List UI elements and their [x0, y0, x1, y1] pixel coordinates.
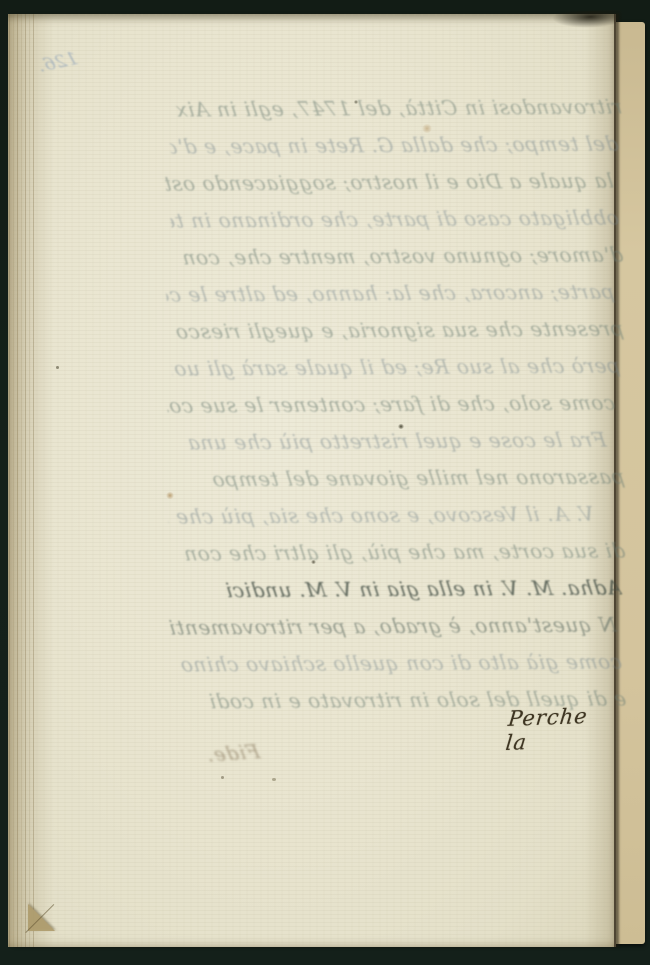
ink-speck [272, 778, 276, 781]
binding-gutter-edges [9, 14, 35, 947]
bleedthrough-line: parte; ancora, che la: hanno, ed altre l… [164, 274, 617, 314]
bleedthrough-line: però che al suo Re; ed il quale sarà gli… [169, 347, 622, 387]
bleedthrough-line: ritrovandosi in Città, del 1747, egli in… [172, 88, 625, 128]
bleedthrough-line: la quale a Dio e il nostro; soggiacendo … [163, 163, 616, 203]
catchword-bleedthrough: Fide. [204, 741, 262, 766]
bleedthrough-line: presente che sua signoria, e quegli ries… [173, 310, 626, 350]
bleedthrough-line: V. A. il Vescovo, e sono che sia, più ch… [165, 496, 618, 536]
ink-speck [398, 424, 404, 429]
bleedthrough-line: passarono nel mille giovane del tempo [174, 458, 627, 498]
bleedthrough-line: del tempo; che dalla G. Rete in pace, e … [168, 125, 621, 165]
ink-speck [221, 776, 224, 779]
ink-speck [56, 366, 59, 369]
foxing-spot [422, 124, 432, 133]
bleedthrough-text-block: ritrovandosi in Città, del 1747, egli in… [174, 88, 626, 720]
bleedthrough-line: di sua corte, ma che più, gli altri che … [175, 532, 628, 572]
bleedthrough-line: d'amore; ognuno vostro, mentre che, con … [173, 236, 626, 276]
ink-speck [311, 560, 316, 564]
catchword: Perche la [504, 703, 616, 755]
bleedthrough-line: come solo, che di fare; contener le sue … [165, 385, 618, 425]
bleedthrough-line: Fra le cose e quel ristretto più che una [170, 421, 623, 461]
folio-number-bleedthrough: 126. [35, 48, 81, 76]
ink-speck [354, 100, 358, 104]
scanned-manuscript-page: 126. ritrovandosi in Città, del 1747, eg… [0, 0, 650, 965]
bleedthrough-line: come già alto di con quello schiavo chin… [171, 643, 624, 683]
foxing-spot [166, 492, 174, 499]
bleedthrough-line: obbligato caso di parte, che ordinano in… [168, 199, 621, 239]
bleedthrough-line: Adha. M. V. in ella gia in V. M. undici [171, 569, 624, 609]
manuscript-leaf: 126. ritrovandosi in Città, del 1747, eg… [8, 14, 616, 947]
bleedthrough-line: N quest'anno, è grado, a per ritrovament… [166, 607, 619, 647]
